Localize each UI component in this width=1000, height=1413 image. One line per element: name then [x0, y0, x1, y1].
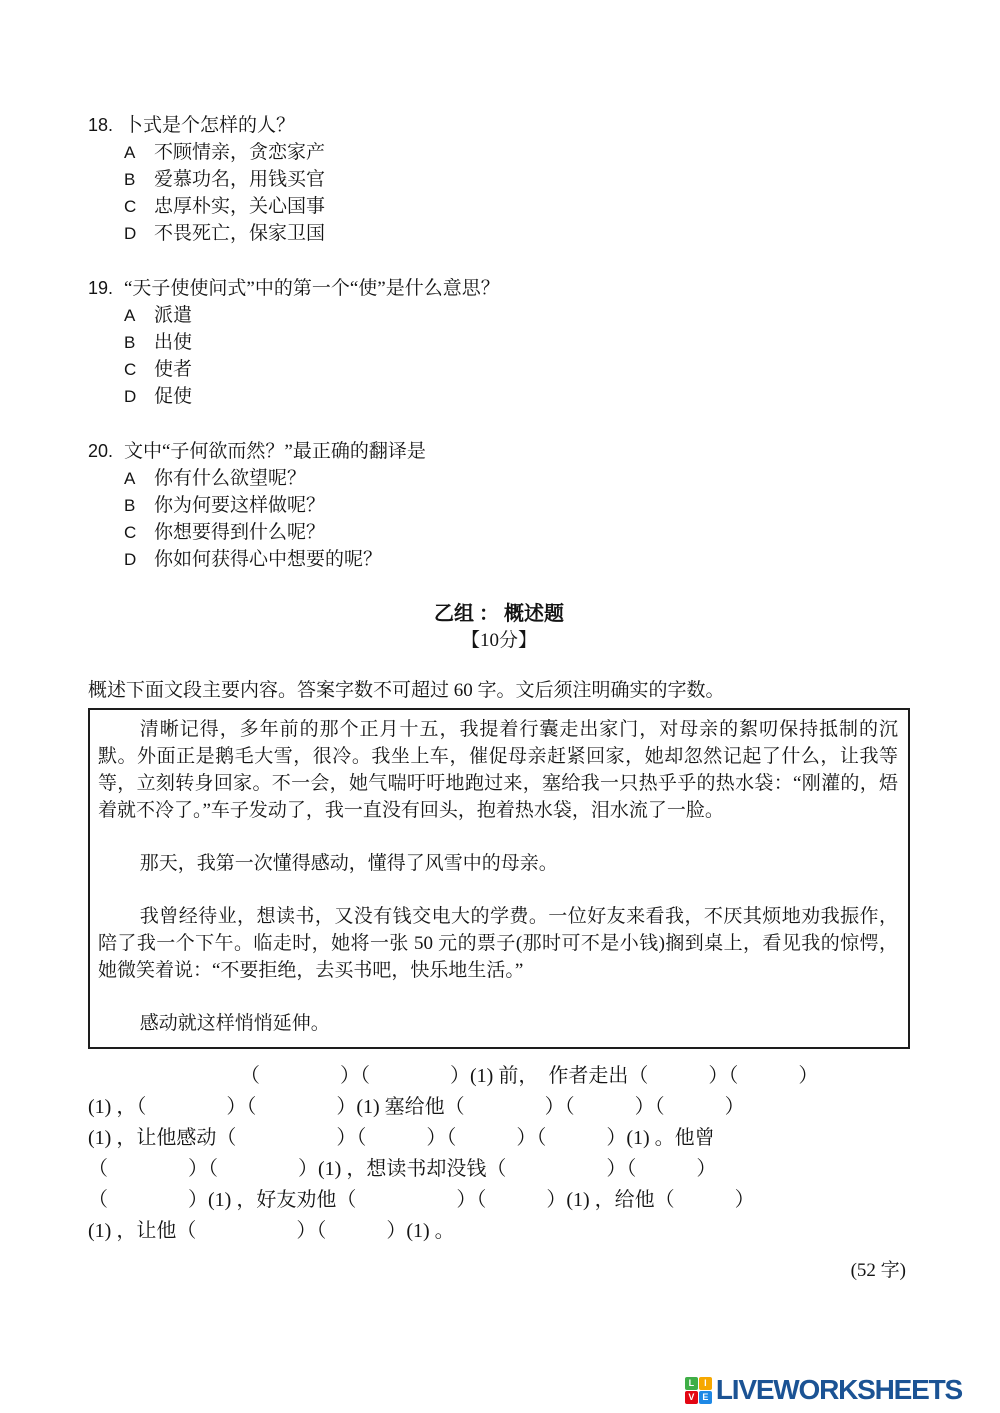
question-18-option-a[interactable]: A 不顾情亲，贪恋家产 [88, 139, 910, 166]
question-19-option-a[interactable]: A 派遣 [88, 302, 910, 329]
option-letter: B [124, 166, 154, 193]
summary-blank-line-2[interactable]: (1) ，（ ）（ ）(1) 塞给他（ ）（ ）（ ） [88, 1092, 910, 1123]
option-letter: C [124, 356, 154, 383]
summary-blank-line-1[interactable]: （ ）（ ）(1) 前， 作者走出（ ）（ ） [240, 1061, 910, 1092]
liveworksheets-logo-icon: L I V E [685, 1377, 712, 1404]
question-18: 18. 卜式是个怎样的人？ A 不顾情亲，贪恋家产 B 爱慕功名，用钱买官 C … [88, 112, 910, 247]
summary-blank-line-3[interactable]: (1) ，让他感动（ ）（ ）（ ）（ ）(1) 。他曾 [88, 1123, 910, 1154]
question-19-option-d[interactable]: D 促使 [88, 383, 910, 410]
passage-box: 清晰记得，多年前的那个正月十五，我提着行囊走出家门，对母亲的絮叨保持抵制的沉默。… [88, 708, 910, 1049]
option-letter: C [124, 519, 154, 546]
option-text: 你想要得到什么呢？ [154, 519, 910, 546]
logo-tile-l: L [685, 1377, 698, 1390]
liveworksheets-logo[interactable]: L I V E LIVEWORKSHEETS [685, 1376, 962, 1404]
question-18-option-c[interactable]: C 忠厚朴实，关心国事 [88, 193, 910, 220]
question-20-option-d[interactable]: D 你如何获得心中想要的呢？ [88, 546, 910, 573]
question-20-option-b[interactable]: B 你为何要这样做呢？ [88, 492, 910, 519]
question-20: 20. 文中“子何欲而然？”最正确的翻译是 A 你有什么欲望呢？ B 你为何要这… [88, 438, 910, 573]
option-text: 不畏死亡，保家卫国 [154, 220, 910, 247]
option-text: 爱慕功名，用钱买官 [154, 166, 910, 193]
option-text: 派遣 [154, 302, 910, 329]
liveworksheets-wordmark: LIVEWORKSHEETS [716, 1376, 962, 1404]
option-letter: B [124, 492, 154, 519]
option-text: 你如何获得心中想要的呢？ [154, 546, 910, 573]
logo-tile-i: I [699, 1377, 712, 1390]
option-text: 你为何要这样做呢？ [154, 492, 910, 519]
question-18-stem-row: 18. 卜式是个怎样的人？ [88, 112, 910, 139]
passage-paragraph-4: 感动就这样悄悄延伸。 [98, 1010, 898, 1037]
question-stem: “天子使使问式”中的第一个“使”是什么意思？ [124, 275, 910, 302]
option-text: 出使 [154, 329, 910, 356]
option-letter: D [124, 220, 154, 247]
question-18-option-d[interactable]: D 不畏死亡，保家卫国 [88, 220, 910, 247]
word-count-label: (52 字) [88, 1255, 910, 1282]
option-letter: A [124, 465, 154, 492]
option-text: 你有什么欲望呢？ [154, 465, 910, 492]
question-stem: 文中“子何欲而然？”最正确的翻译是 [124, 438, 910, 465]
question-19-option-b[interactable]: B 出使 [88, 329, 910, 356]
question-20-option-c[interactable]: C 你想要得到什么呢？ [88, 519, 910, 546]
summary-blank-line-5[interactable]: （ ）(1) ，好友劝他（ ）（ ）(1) ，给他（ ） [88, 1185, 910, 1216]
option-letter: A [124, 139, 154, 166]
passage-paragraph-3: 我曾经待业，想读书，又没有钱交电大的学费。一位好友来看我，不厌其烦地劝我振作，陪… [98, 903, 898, 984]
question-18-option-b[interactable]: B 爱慕功名，用钱买官 [88, 166, 910, 193]
summary-blank-line-6[interactable]: (1) ，让他（ ）（ ）(1) 。 [88, 1216, 910, 1247]
question-stem: 卜式是个怎样的人？ [124, 112, 910, 139]
section-title: 乙组 ： 概述题 [88, 601, 910, 628]
summary-answer-area: （ ）（ ）(1) 前， 作者走出（ ）（ ） (1) ，（ ）（ ）(1) 塞… [88, 1061, 910, 1247]
option-letter: C [124, 193, 154, 220]
section-score: 【10分】 [88, 628, 910, 653]
worksheet-page: 18. 卜式是个怎样的人？ A 不顾情亲，贪恋家产 B 爱慕功名，用钱买官 C … [0, 0, 1000, 1413]
question-number: 19. [88, 275, 124, 302]
question-19-stem-row: 19. “天子使使问式”中的第一个“使”是什么意思？ [88, 275, 910, 302]
option-text: 忠厚朴实，关心国事 [154, 193, 910, 220]
summary-blank-line-4[interactable]: （ ）（ ）(1) ，想读书却没钱（ ）（ ） [88, 1154, 910, 1185]
question-20-option-a[interactable]: A 你有什么欲望呢？ [88, 465, 910, 492]
question-19-option-c[interactable]: C 使者 [88, 356, 910, 383]
logo-tile-e: E [699, 1391, 712, 1404]
logo-tile-v: V [685, 1391, 698, 1404]
option-text: 不顾情亲，贪恋家产 [154, 139, 910, 166]
option-letter: B [124, 329, 154, 356]
option-text: 促使 [154, 383, 910, 410]
option-letter: D [124, 383, 154, 410]
summary-instruction: 概述下面文段主要内容。答案字数不可超过 60 字。文后须注明确实的字数。 [88, 677, 910, 704]
question-19: 19. “天子使使问式”中的第一个“使”是什么意思？ A 派遣 B 出使 C 使… [88, 275, 910, 410]
option-letter: D [124, 546, 154, 573]
option-letter: A [124, 302, 154, 329]
passage-paragraph-2: 那天，我第一次懂得感动，懂得了风雪中的母亲。 [98, 850, 898, 877]
passage-paragraph-1: 清晰记得，多年前的那个正月十五，我提着行囊走出家门，对母亲的絮叨保持抵制的沉默。… [98, 716, 898, 824]
question-number: 20. [88, 438, 124, 465]
question-number: 18. [88, 112, 124, 139]
worksheet-content: 18. 卜式是个怎样的人？ A 不顾情亲，贪恋家产 B 爱慕功名，用钱买官 C … [88, 112, 910, 1282]
option-text: 使者 [154, 356, 910, 383]
question-20-stem-row: 20. 文中“子何欲而然？”最正确的翻译是 [88, 438, 910, 465]
